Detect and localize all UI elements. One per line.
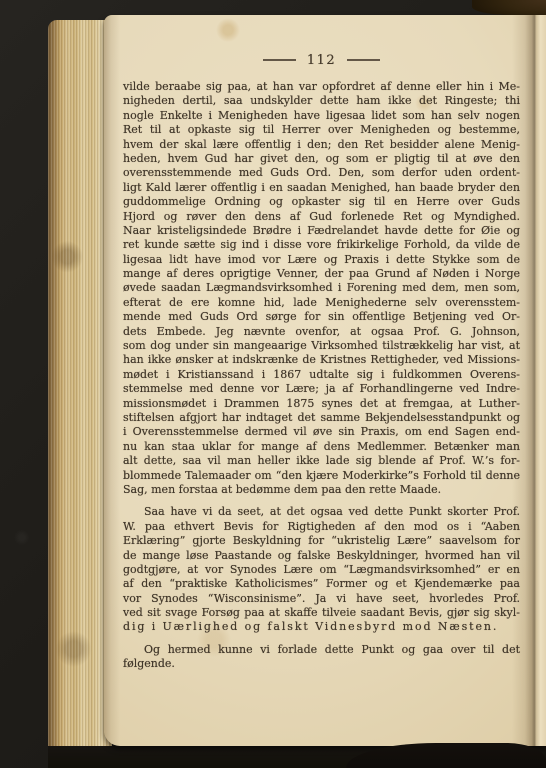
text-line: øvede saadan Lægmandsvirksomhed i Foreni… [123,281,520,295]
text-line: nigheden dertil, saa undskylder dette ha… [123,94,520,108]
text-line: vor Synodes “Wisconsinisme”. Ja vi have … [123,592,520,606]
text-line: følgende. [123,657,520,671]
text-line: efterat de ere komne hid, lade Menighede… [123,296,520,310]
text-line: alt dette, saa vil man heller ikke lade … [123,454,520,468]
paragraph-3: Og hermed kunne vi forlade dette Punkt o… [123,643,520,672]
text-line: nogle Enkelte i Menigheden have ligesaa … [123,109,520,123]
text-line: Ret til at opkaste sig til Herrer over M… [123,123,520,137]
page-header: 112 [123,52,520,68]
text-line: hvem der skal lære offentlig i den; den … [123,138,520,152]
page-number: 112 [307,53,336,68]
paragraph-1: vilde beraabe sig paa, at han var opford… [123,80,520,497]
text-line: ligt Kald lærer offentlig i en saadan Me… [123,181,520,195]
text-line: missionsmødet i Drammen 1875 synes det a… [123,397,520,411]
text-line: Sag, men forstaa at bedømme dem paa den … [123,483,520,497]
text-line: Naar kristeligsindede Brødre i Fædreland… [123,224,520,238]
book-page: 112 vilde beraabe sig paa, at han var op… [104,15,546,746]
text-line: ligesaa lidt have imod vor Lære og Praxi… [123,253,520,267]
book-photo: 112 vilde beraabe sig paa, at han var op… [0,0,546,768]
text-line: mange af deres oprigtige Venner, der paa… [123,267,520,281]
text-line: blommede Talemaader om “den kjære Moderk… [123,469,520,483]
text-line: i Overensstemmelse dermed vil øve sin Pr… [123,425,520,439]
text-line: Og hermed kunne vi forlade dette Punkt o… [123,643,520,657]
text-line: heden, hvem Gud har givet den, og som er… [123,152,520,166]
text-line: mende med Guds Ord sørge for sin offentl… [123,310,520,324]
text-line: W. paa ethvert Bevis for Rigtigheden af … [123,520,520,534]
text-line: de mange løse Paastande og falske Beskyl… [123,549,520,563]
text-line: Hjord og røver den dens af Gud forlenede… [123,210,520,224]
body-text: vilde beraabe sig paa, at han var opford… [123,80,520,672]
text-line: ret kunde sætte sig ind i disse vore fri… [123,238,520,252]
page-edge-stack [48,20,112,760]
text-line: ved sit svage Forsøg paa at skaffe tilve… [123,606,520,620]
text-line: dets Embede. Jeg nævnte ovenfor, at ogsa… [123,325,520,339]
text-line: mødet i Kristianssand i 1867 udtalte sig… [123,368,520,382]
text-line: stiftelsen afgjort har indtaget det samm… [123,411,520,425]
text-line: han ikke ønsker at indskrænke de Kristne… [123,353,520,367]
paragraph-2: Saa have vi da seet, at det ogsaa ved de… [123,505,520,635]
text-line: vilde beraabe sig paa, at han var opford… [123,80,520,94]
header-rule-left [263,59,296,61]
text-line: overensstemmende med Guds Ord. Den, som … [123,166,520,180]
text-line: nu kan staa uklar for mange af dens Medl… [123,440,520,454]
book-cover-corner-top-right [472,0,546,15]
text-line: af den “praktiske Katholicismes” Former … [123,577,520,591]
text-line: dig i Uærlighed og falskt Vidnesbyrd mod… [123,620,520,634]
text-line: godtgjøre, at vor Synodes Lære om “Lægma… [123,563,520,577]
text-column: 112 vilde beraabe sig paa, at han var op… [123,15,520,672]
text-line: guddommelige Ordning og opkaster sig til… [123,195,520,209]
text-line: som dog under sin mangeaarige Virksomhed… [123,339,520,353]
text-line: stemmelse med denne vor Lære; ja af Forh… [123,382,520,396]
text-line: Saa have vi da seet, at det ogsaa ved de… [123,505,520,519]
header-rule-right [347,59,380,61]
text-line: Erklæring” gjorte Beskyldning for “ukris… [123,534,520,548]
